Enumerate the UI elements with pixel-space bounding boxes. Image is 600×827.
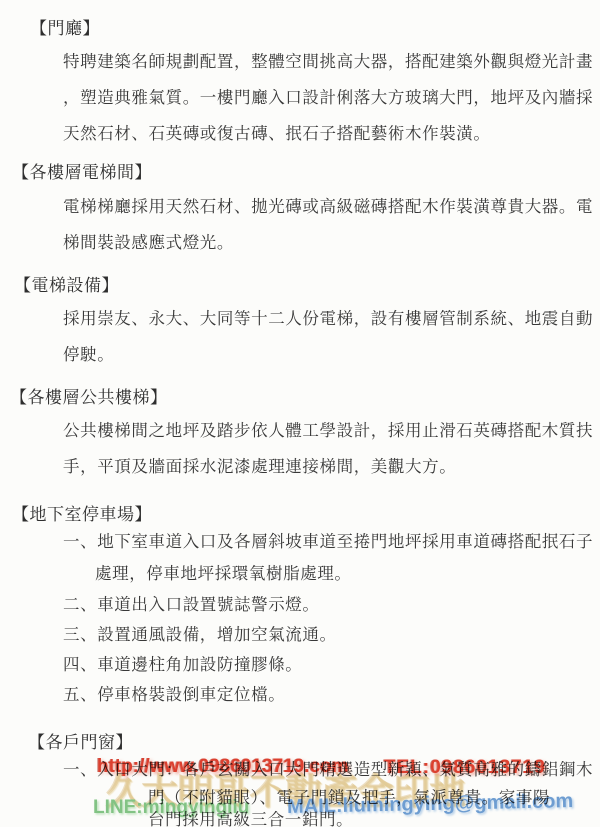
text-line: 停駛。 bbox=[63, 341, 114, 365]
text-line: 採用崇友、永大、大同等十二人份電梯，設有樓層管制系統、地震自動 bbox=[63, 305, 593, 329]
text-line: 台門採用高級三合一鋁門。 bbox=[148, 806, 353, 827]
section-title: 【電梯設備】 bbox=[14, 271, 119, 296]
section-title: 【地下室停車場】 bbox=[12, 500, 152, 525]
scanned-document-page: 【門廳】特聘建築名師規劃配置，整體空間挑高大器，搭配建築外觀與燈光計畫，塑造典雅… bbox=[0, 0, 600, 827]
text-line: 處理，停車地坪採環氧樹脂處理。 bbox=[95, 560, 352, 584]
text-line: 門（不附貓眼）、電子門鎖及把手，氣派尊貴。家事陽 bbox=[148, 784, 550, 808]
text-line: 一、地下室車道入口及各層斜坡車道至捲門地坪採用車道磚搭配抿石子 bbox=[63, 528, 593, 552]
text-line: 特聘建築名師規劃配置，整體空間挑高大器，搭配建築外觀與燈光計畫 bbox=[63, 48, 593, 72]
text-line: 一、入口大門：各戶玄關入口大門精選造型新穎、氣質高雅的鑄鋁鋼木 bbox=[63, 756, 593, 780]
section-title: 【各樓層電梯間】 bbox=[12, 158, 152, 183]
text-line: 二、車道出入口設置號誌警示燈。 bbox=[63, 591, 320, 615]
text-line: 天然石材、石英磚或復古磚、抿石子搭配藝術木作裝潢。 bbox=[63, 120, 491, 144]
text-line: 梯間裝設感應式燈光。 bbox=[63, 229, 234, 253]
text-line: 三、設置通風設備，增加空氣流通。 bbox=[63, 621, 337, 645]
text-line: ，塑造典雅氣質。一樓門廳入口設計俐落大方玻璃大門，地坪及內牆採 bbox=[63, 84, 593, 108]
text-line: 公共樓梯間之地坪及踏步依人體工學設計，採用止滑石英磚搭配木質扶 bbox=[63, 417, 593, 441]
section-title: 【各戶門窗】 bbox=[28, 728, 133, 753]
section-title: 【各樓層公共樓梯】 bbox=[10, 383, 168, 408]
text-line: 四、車道邊柱角加設防撞膠條。 bbox=[63, 651, 302, 675]
section-title: 【門廳】 bbox=[30, 14, 100, 39]
text-line: 電梯梯廳採用天然石材、拋光磚或高級磁磚搭配木作裝潢尊貴大器。電 bbox=[63, 193, 593, 217]
text-line: 手，平頂及牆面採水泥漆處理連接梯間，美觀大方。 bbox=[63, 453, 456, 477]
text-line: 五、停車格裝設倒車定位檔。 bbox=[63, 681, 285, 705]
